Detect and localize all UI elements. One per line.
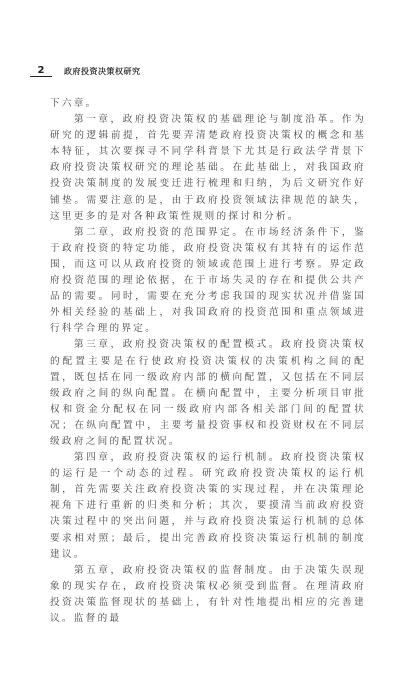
paragraph-chapter-2: 第二章，政府投资的范围界定。在市场经济条件下，鉴于政府投资的特定功能，政府投资决… — [50, 225, 366, 338]
paragraph-chapter-4: 第四章，政府投资决策权的运行机制。政府投资决策权的运行是一个动态的过程。研究政府… — [50, 450, 366, 563]
body-text: 下六章。 第一章，政府投资决策权的基础理论与制度沿革。作为研究的逻辑前提，首先要… — [50, 96, 366, 627]
paragraph-chapter-1: 第一章，政府投资决策权的基础理论与制度沿革。作为研究的逻辑前提，首先要弄清楚政府… — [50, 112, 366, 225]
running-header: 2 政府投资决策权研究 — [30, 64, 141, 78]
running-title: 政府投资决策权研究 — [64, 66, 141, 77]
page-number: 2 — [30, 65, 52, 77]
paragraph-continuation: 下六章。 — [50, 96, 366, 112]
paragraph-chapter-3: 第三章，政府投资决策权的配置模式。政府投资决策权的配置主要是在行使政府投资决策权… — [50, 337, 366, 450]
paragraph-chapter-5: 第五章，政府投资决策权的监督制度。由于决策失误现象的现实存在，政府投资决策权必须… — [50, 563, 366, 627]
